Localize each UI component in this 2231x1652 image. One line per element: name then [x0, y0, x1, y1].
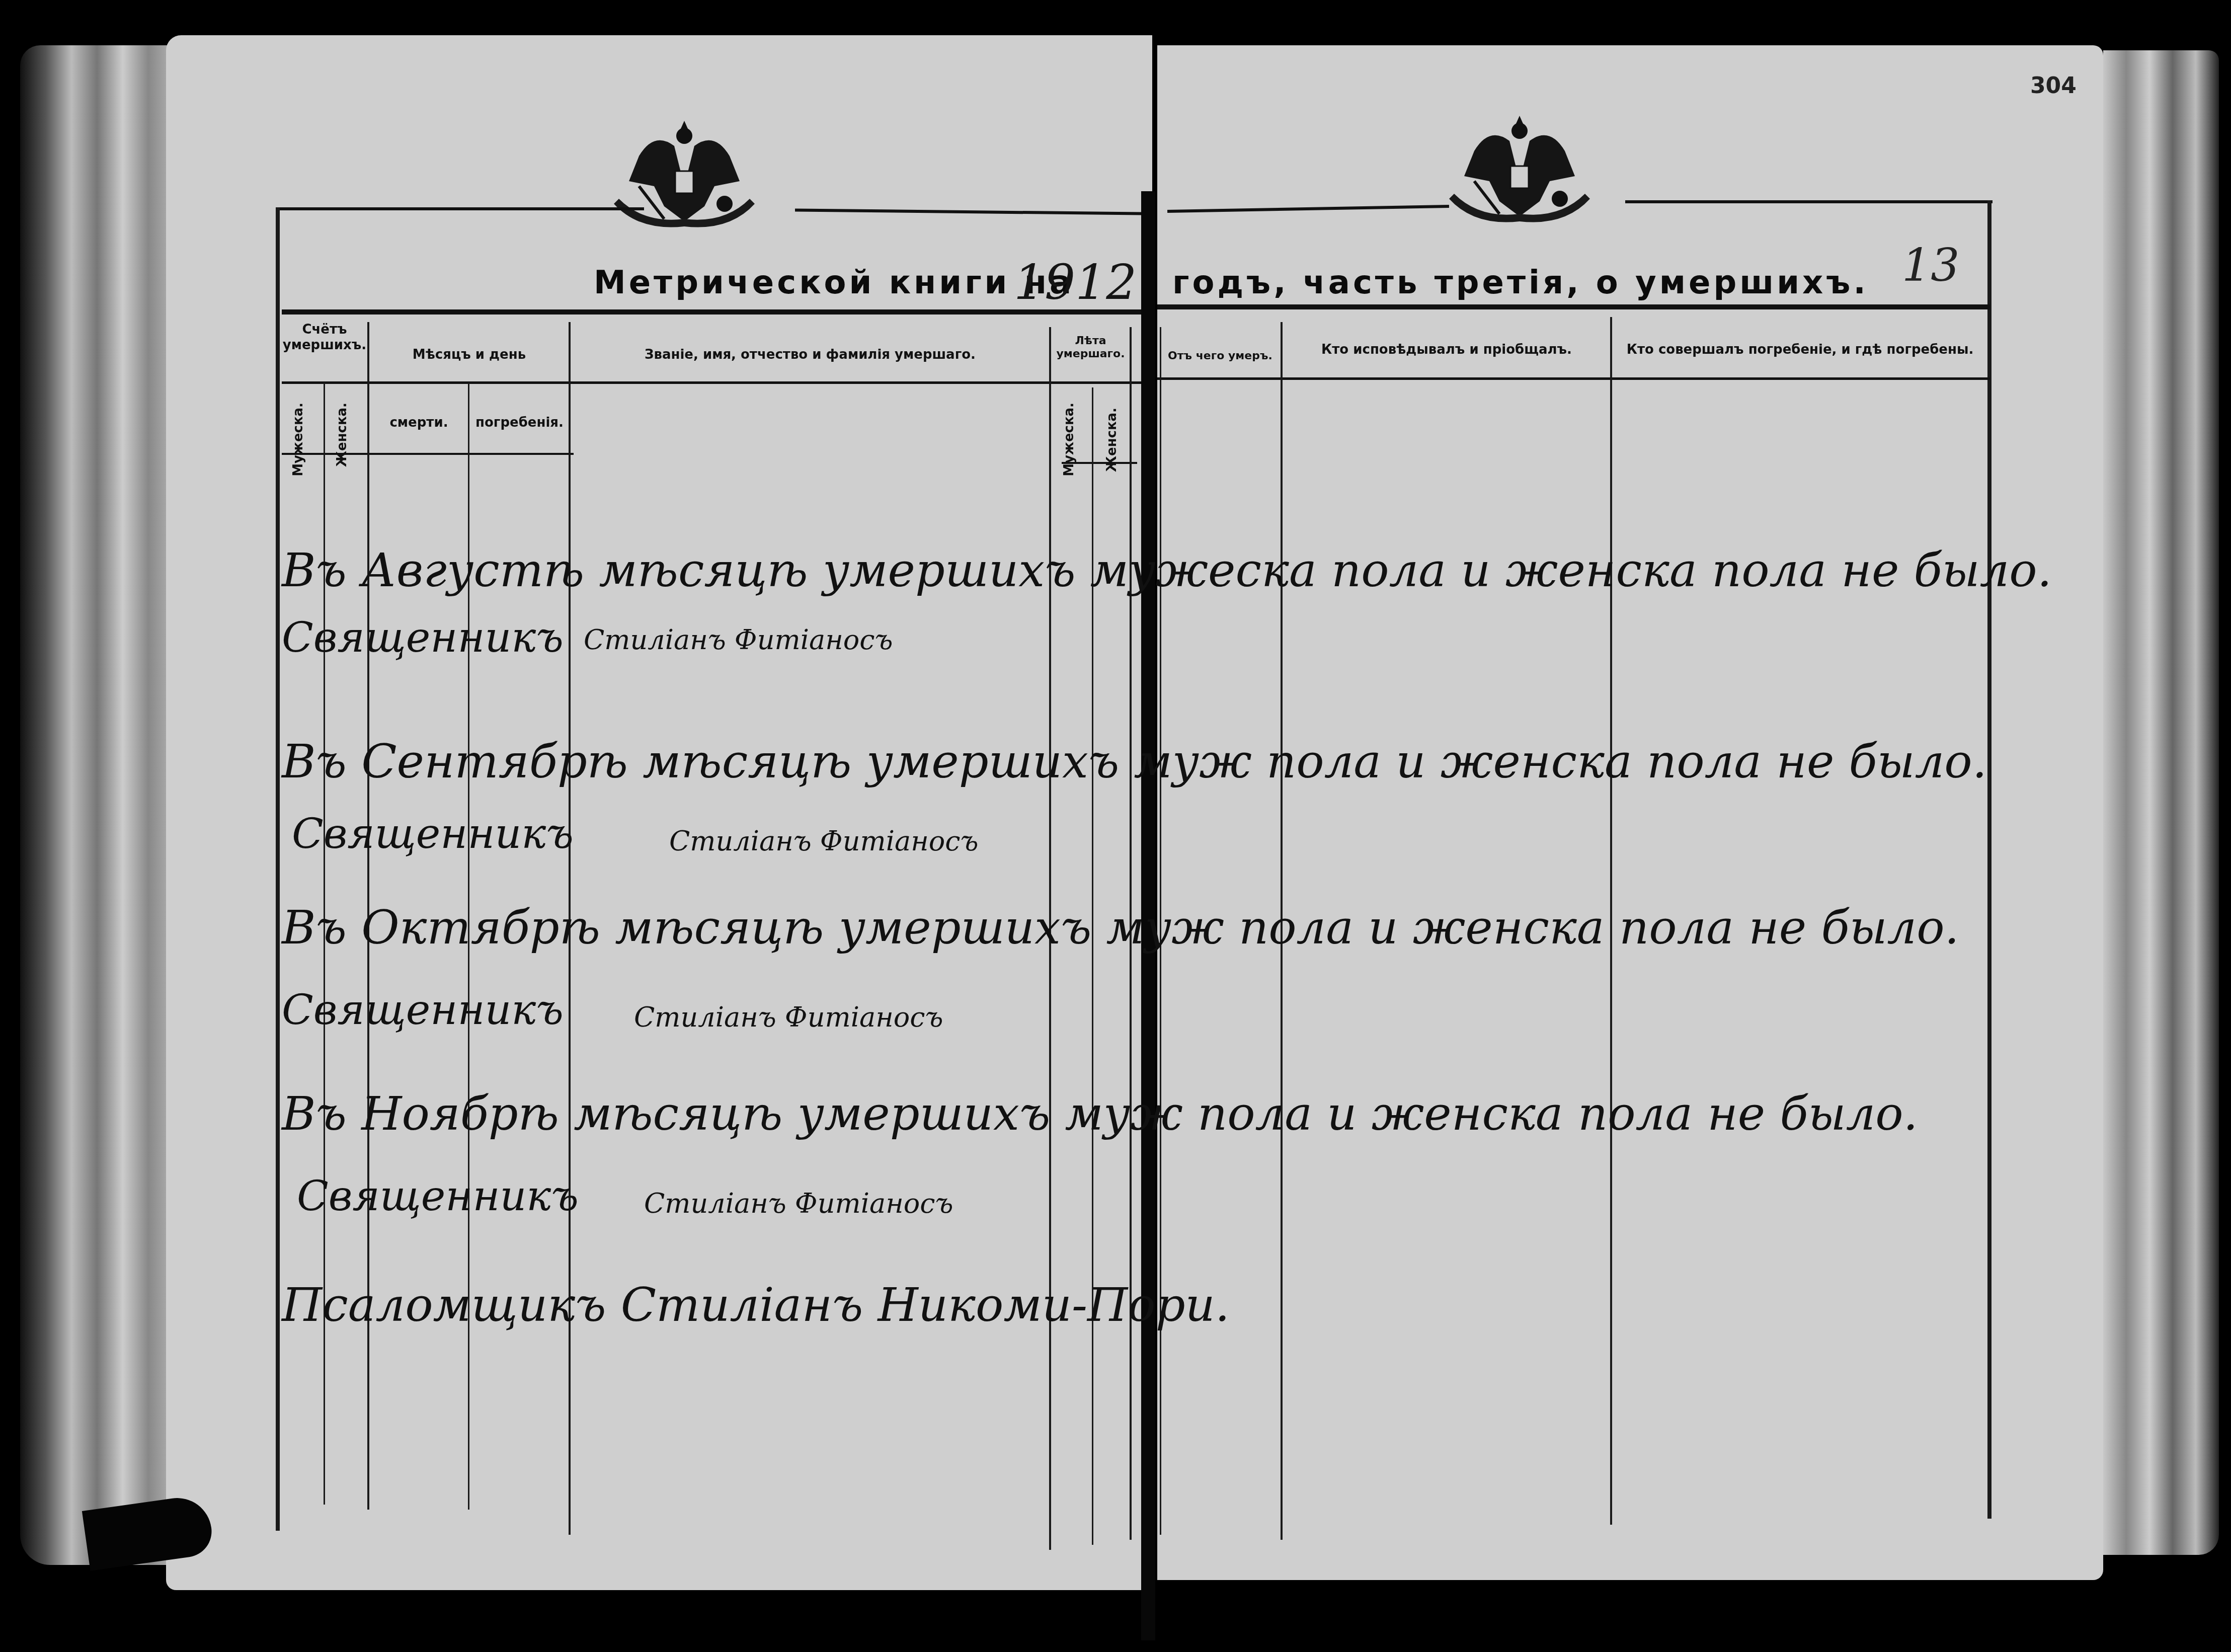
signature-name-september: Стиліанъ Фитіаносъ [669, 825, 978, 857]
signature-title-october: Священникъ [282, 986, 564, 1034]
imperial-eagle-emblem-right [1444, 106, 1595, 237]
header-month-day: Мѣсяцъ и день [370, 347, 569, 363]
signature-title-september: Священникъ [292, 810, 574, 858]
header-name: Званіе, имя, отчество и фамилія умершаго… [571, 347, 1049, 363]
header-death: смерти. [370, 415, 468, 431]
book-right-edge [2103, 50, 2219, 1555]
title-rule-left [282, 309, 1142, 314]
frame-left-border [276, 207, 280, 1531]
header-age-male: Мужеска. [1062, 403, 1077, 477]
header-cause: Отъ чего умеръ. [1160, 350, 1281, 363]
frame-right-border [1987, 200, 1991, 1519]
page-title-left: Метрической книги на [594, 264, 1074, 301]
header-count-deceased: Счётъ умершихъ. [282, 322, 367, 353]
header-age: Лѣта умершаго. [1052, 335, 1130, 361]
entry-september: Въ Сентябрѣ мѣсяцѣ умершихъ муж пола и ж… [282, 735, 1987, 789]
subheader-rule-left [282, 453, 574, 455]
book-left-edge [20, 45, 191, 1565]
signature-name-november: Стиліанъ Фитіаносъ [644, 1188, 953, 1219]
frame-top-left [277, 207, 644, 210]
header-burial-date: погребенія. [470, 415, 569, 431]
entry-november: Въ Ноябрѣ мѣсяцѣ умершихъ муж пола и жен… [282, 1087, 1918, 1141]
frame-top-right-2 [1625, 200, 1993, 203]
folio-number: 13 [1902, 239, 1960, 292]
header-burial: Кто совершалъ погребеніе, и гдѣ погребен… [1613, 342, 1987, 358]
title-rule-right [1157, 304, 1990, 309]
signature-name-october: Стиліанъ Фитіаносъ [634, 1001, 943, 1033]
entry-august: Въ Августѣ мѣсяцѣ умершихъ мужеска пола … [282, 543, 2052, 597]
header-rule-left [282, 381, 1142, 384]
signature-title-november: Священникъ [297, 1172, 579, 1220]
entry-october: Въ Октябрѣ мѣсяцѣ умершихъ муж пола и же… [282, 901, 1959, 955]
header-age-female: Женска. [1104, 408, 1120, 472]
title-year: 1912 [1014, 254, 1137, 310]
imperial-eagle-emblem-left [609, 111, 760, 242]
header-count-male: Мужеска. [291, 403, 306, 477]
closing-signature: Псаломщикъ Стиліанъ Никоми-Пори. [282, 1278, 1230, 1332]
signature-name-august: Стиліанъ Фитіаносъ [584, 624, 893, 656]
page-title-right: годъ, часть третія, о умершихъ. [1172, 264, 1869, 301]
header-count-female: Женска. [335, 403, 350, 467]
page-number-stamp: 304 [2030, 73, 2077, 99]
header-confessor: Кто исповѣдывалъ и пріобщалъ. [1283, 342, 1610, 358]
signature-title-august: Священникъ [282, 614, 564, 662]
